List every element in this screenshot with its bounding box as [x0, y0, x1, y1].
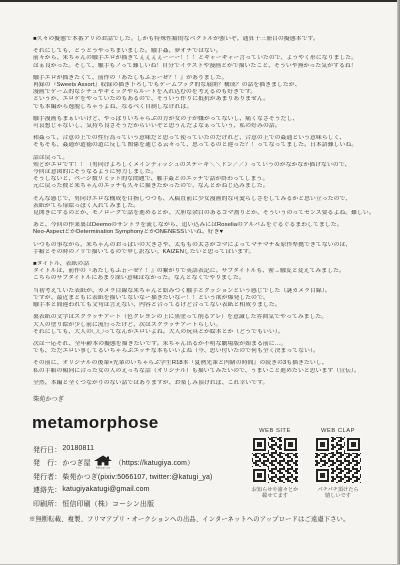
- afterword-line: でも、ただエロい事してるいちゃらぶエッチな本もいいよね（今、思い付いたので何も全…: [33, 348, 373, 355]
- afterword-line: ですが、最近まともに表紙を描いてないなー描きたいなー！！という欲が爆発したので、: [33, 295, 373, 302]
- publish-date-value: 20180811: [62, 445, 94, 452]
- webclap-qr-caption-line: パチパチ頂けたら: [313, 487, 363, 493]
- website-qr-caption: お知らせや諸々とか 載せてます: [250, 487, 300, 500]
- afterword-paragraph: ■久々の擬態で本番アリのお話でした。しかも特殊性癖的なベクトルが強いぞ。通算十三…: [33, 36, 373, 43]
- afterword-line: タイトルは、前作の『あたしもふぉーぜ？！』の繋がりで英語表記に。サブタイトルも、…: [33, 268, 373, 275]
- afterword-line: ■久々の擬態で本番アリのお話でした。しかも特殊性癖的なベクトルが強いぞ。通算十三…: [33, 36, 373, 43]
- publish-date-label: 発行日：: [33, 444, 61, 454]
- contact-value: katugiyakatugi@gmail.com: [62, 486, 149, 493]
- publisher-url: （https://katugiya.com）: [115, 457, 194, 467]
- afterword-line: いつもの事ながら、朱ちゃんのおっぱいの大きさや、太ももの太さがコマによってマチマ…: [33, 242, 373, 249]
- afterword-paragraph: 裏表紙の文字はスクラッチアート（色クレヨンの上に黒塗って削るアレ）を意識した雰囲…: [33, 314, 373, 336]
- scan-edge-top: [0, 0, 400, 2]
- afterword-line: 大人の塗り絵が少し前に流行ったけど、次はスクラッチアートらしい。: [33, 322, 373, 329]
- webclap-qr-caption: パチパチ頂けたら 嬉しいです: [313, 487, 363, 500]
- afterword-line: それにしても、とうとうやっちまいました。触手姦、夢オチではない。: [33, 48, 373, 55]
- afterword-paragraph: 触手エロが描きたくて、前作の『あたしもふぉーぜ？！』がありました。 再録の『Sw…: [33, 75, 373, 111]
- afterword-paragraph: 当初考えていた表紙が、カメラ目線な朱ちゃんと絡みつく触手とクッションという感じで…: [33, 288, 373, 310]
- afterword-paragraph: 全然、本編と全くつながりのない話ではありますが、お楽しみ頂ければ、これ幸いです。: [33, 380, 373, 387]
- afterword-line: 裏表紙の文字はスクラッチアート（色クレヨンの上に黒塗って削るアレ）を意識した雰囲…: [33, 314, 373, 321]
- colophon: 発行日： 20180811 発 行： かつぎ屋 katugi-ya （https…: [33, 442, 263, 510]
- afterword-line: あと、今回の作業裏はDeemoのサントラを流しながら、追い込みにはRoselia…: [33, 222, 373, 229]
- afterword-line: ■タイトル、表紙の話: [33, 261, 373, 268]
- afterword-line: 全然、本編と全くつながりのない話ではありますが、お楽しみ頂ければ、これ幸いです。: [33, 380, 373, 387]
- contact-label: 連絡先：: [33, 484, 61, 494]
- afterword-line: というか、エロゲをやっていたのもあるので、そういう作りに抵抗があまりありません。: [33, 96, 373, 103]
- afterword-line: 触手エロが描きたくて、前作の『あたしもふぉーぜ？！』がありました。: [33, 75, 373, 82]
- afterword-line: 前々から、朱ちゃんの触手エロが描きてぇぇぇぇーーー！！！とギャーギャー言っていた…: [33, 55, 373, 62]
- afterword-paragraph: 触手漫画もまぁいいけど、やっぱりいちゃらぶの方が女の子が嫌がってないし、痛くなさ…: [33, 116, 373, 130]
- qr-section: WEB SITE: [250, 428, 363, 499]
- afterword-paragraph: それにしても、とうとうやっちまいました。触手姦、夢オチではない。 前々から、朱ち…: [33, 48, 373, 70]
- colophon-author: 発行者： 柴苑かつぎ(pixiv:5066107, twitter:@katug…: [33, 469, 263, 483]
- afterword-line: 漫画でゲーム的なシチュやギミックやらルートを入れ込むのを考えるのも好きです。: [33, 89, 373, 96]
- webclap-qr-code: [314, 436, 362, 484]
- colophon-publish-date: 発行日： 20180811: [33, 442, 263, 456]
- afterword-line: こちらのサブタイトルにあまり深い意味はなかった。なんとなくでやりました。: [33, 275, 373, 282]
- website-qr-code: [251, 436, 299, 484]
- afterword-line: 和姦って、合意の上での性行為っていう意味だと思って使っていたのだけれど、合意の上…: [33, 135, 373, 142]
- afterword-line: 可哀想じゃないし、気持ち良さそうだからいいぞと思うんだよなぁっていう、私の好みの…: [33, 123, 373, 130]
- printer-value: 恒信印刷（株）コーシン出版: [62, 498, 154, 508]
- afterword-line: そもそも、姦通が道徳の道に反して関係を通じる云々って、思ってるのと違った？！って…: [33, 142, 373, 149]
- afterword-paragraph: いつもの事ながら、朱ちゃんのおっぱいの大きさや、太ももの太さがコマによってマチマ…: [33, 242, 373, 256]
- author-label: 発行者：: [33, 471, 61, 481]
- afterword-line: 元に戻った彼と朱ちゃんのエッチも久々に描きたかったので、なんとかねじ込みました。: [33, 183, 373, 190]
- afterword-paragraph: あと、今回の作業裏はDeemoのサントラを流しながら、追い込みにはRoselia…: [33, 222, 373, 236]
- colophon-publisher: 発 行： かつぎ屋 katugi-ya （https://katugiya.co…: [33, 456, 263, 470]
- book-title: metamorphose: [32, 413, 159, 433]
- afterword-paragraph: ■タイトル、表紙の話 タイトルは、前作の『あたしもふぉーぜ？！』の繋がりで英語表…: [33, 261, 373, 283]
- afterword-line: 今回は意図的にそうなるように努力しました。: [33, 169, 373, 176]
- afterword-line: その前に、オリジナルの後輩×先輩のいちゃらぶ学生R18本『夏熱先輩と内緒の時間』…: [33, 360, 373, 367]
- scanned-page: { "afterword": { "paragraphs": [ {"lines…: [0, 0, 400, 565]
- qr-block-website: WEB SITE: [250, 428, 300, 499]
- afterword-paragraph: その前に、オリジナルの後輩×先輩のいちゃらぶ学生R18本『夏熱先輩と内緒の時間』…: [33, 360, 373, 374]
- afterword-paragraph: 和姦って、合意の上での性行為っていう意味だと思って使っていたのだけれど、合意の上…: [33, 135, 373, 149]
- qr-block-webclap: WEB CLAP: [313, 428, 363, 499]
- afterword-line: 私の手癖の傾向に合った女の人のえっちな話（オリジナル）も描いてみたいので、うまい…: [33, 368, 373, 375]
- afterword-line: 表紙がてら扉絵っぽく入れてみました。: [33, 203, 373, 210]
- afterword-text: ■久々の擬態で本番アリのお話でした。しかも特殊性癖的なベクトルが強いぞ。通算十三…: [33, 36, 373, 392]
- afterword-line: そうしないと、ページ数リミット的な問題で、触手姦とのエッチで話が終わってしまう。: [33, 176, 373, 183]
- webclap-qr-label: WEB CLAP: [313, 428, 363, 434]
- website-qr-caption-line: 載せてます: [250, 493, 300, 499]
- afterword-paragraph: 次は一応それ、全年齢本の擬態を描きたいです。朱ちゃん出るか不明な劇場版が始まる前…: [33, 341, 373, 355]
- afterword-line: それにしても、大人の◯◯ってなんかエロいよね。大人の玩具とか絵本とか（どうでもい…: [33, 329, 373, 336]
- afterword-line: でも本編から逸脱しちゃうよね、なるべく自制しなければ。: [33, 104, 373, 111]
- afterword-line: 話は戻って。: [33, 155, 373, 162]
- webclap-qr-caption-line: 嬉しいです: [313, 493, 363, 499]
- publisher-label: 発 行：: [33, 457, 61, 467]
- printer-label: 印刷所：: [33, 498, 61, 508]
- afterword-line: 殆どがエロです！！（男向けよろしくメインディッシュのステーキ＼＼ドン／／）ってい…: [33, 162, 373, 169]
- afterword-line: Neo-AspectとかDetermination SymphonyとかONEN…: [33, 229, 373, 236]
- katugiya-house-logo-icon: katugi-ya: [93, 455, 113, 469]
- afterword-line: 触手本と間違われても文句は言えない、内容と合ってるけど合ってない表紙と相成りまし…: [33, 302, 373, 309]
- afterword-line: 手癖とその時のノリで描いてるので申し訳ない。KAIZENしたいと思ってはいます。: [33, 249, 373, 256]
- afterword-paragraph: そんな感じで、男向けエロな構成を目指しつつも、入稿直前に少女漫画的な可愛らしさを…: [33, 196, 373, 218]
- afterword-line: 次は一応それ、全年齢本の擬態を描きたいです。朱ちゃん出るか不明な劇場版が始まる前…: [33, 341, 373, 348]
- afterword-line: 再録の『Sweets Assort』収録の描き下ろしでもゲームブック的な展開？構…: [33, 82, 373, 89]
- afterword-line: 当初考えていた表紙が、カメラ目線な朱ちゃんと絡みつく触手とクッションという感じで…: [33, 288, 373, 295]
- colophon-printer: 印刷所： 恒信印刷（株）コーシン出版: [33, 496, 263, 510]
- author-value: 柴苑かつぎ(pixiv:5066107, twitter:@katugi_ya): [62, 471, 212, 481]
- afterword-line: はぁ良かった。そして、触手もノって難しいね！自分でイラストや漫画とかで描いたこと…: [33, 63, 373, 70]
- website-qr-label: WEB SITE: [250, 428, 300, 434]
- afterword-line: 見開きにするのとか、モノローグで話を進めるとか、大胆な余白のあるコマ割りとか、そ…: [33, 210, 373, 217]
- publisher-name: かつぎ屋: [62, 457, 90, 467]
- copyright-note: ※無断転載、複製、フリマアプリ・オークションへの出品、インターネットへのアップロ…: [29, 514, 389, 523]
- website-qr-caption-line: お知らせや諸々とか: [250, 487, 300, 493]
- afterword-line: 触手漫画もまぁいいけど、やっぱりいちゃらぶの方が女の子が嫌がってないし、痛くなさ…: [33, 116, 373, 123]
- afterword-paragraph: 話は戻って。 殆どがエロです！！（男向けよろしくメインディッシュのステーキ＼＼ド…: [33, 155, 373, 191]
- author-signature: 柴苑かつぎ: [33, 394, 64, 403]
- colophon-contact: 連絡先： katugiyakatugi@gmail.com: [33, 483, 263, 497]
- afterword-line: そんな感じで、男向けエロな構成を目指しつつも、入稿直前に少女漫画的な可愛らしさを…: [33, 196, 373, 203]
